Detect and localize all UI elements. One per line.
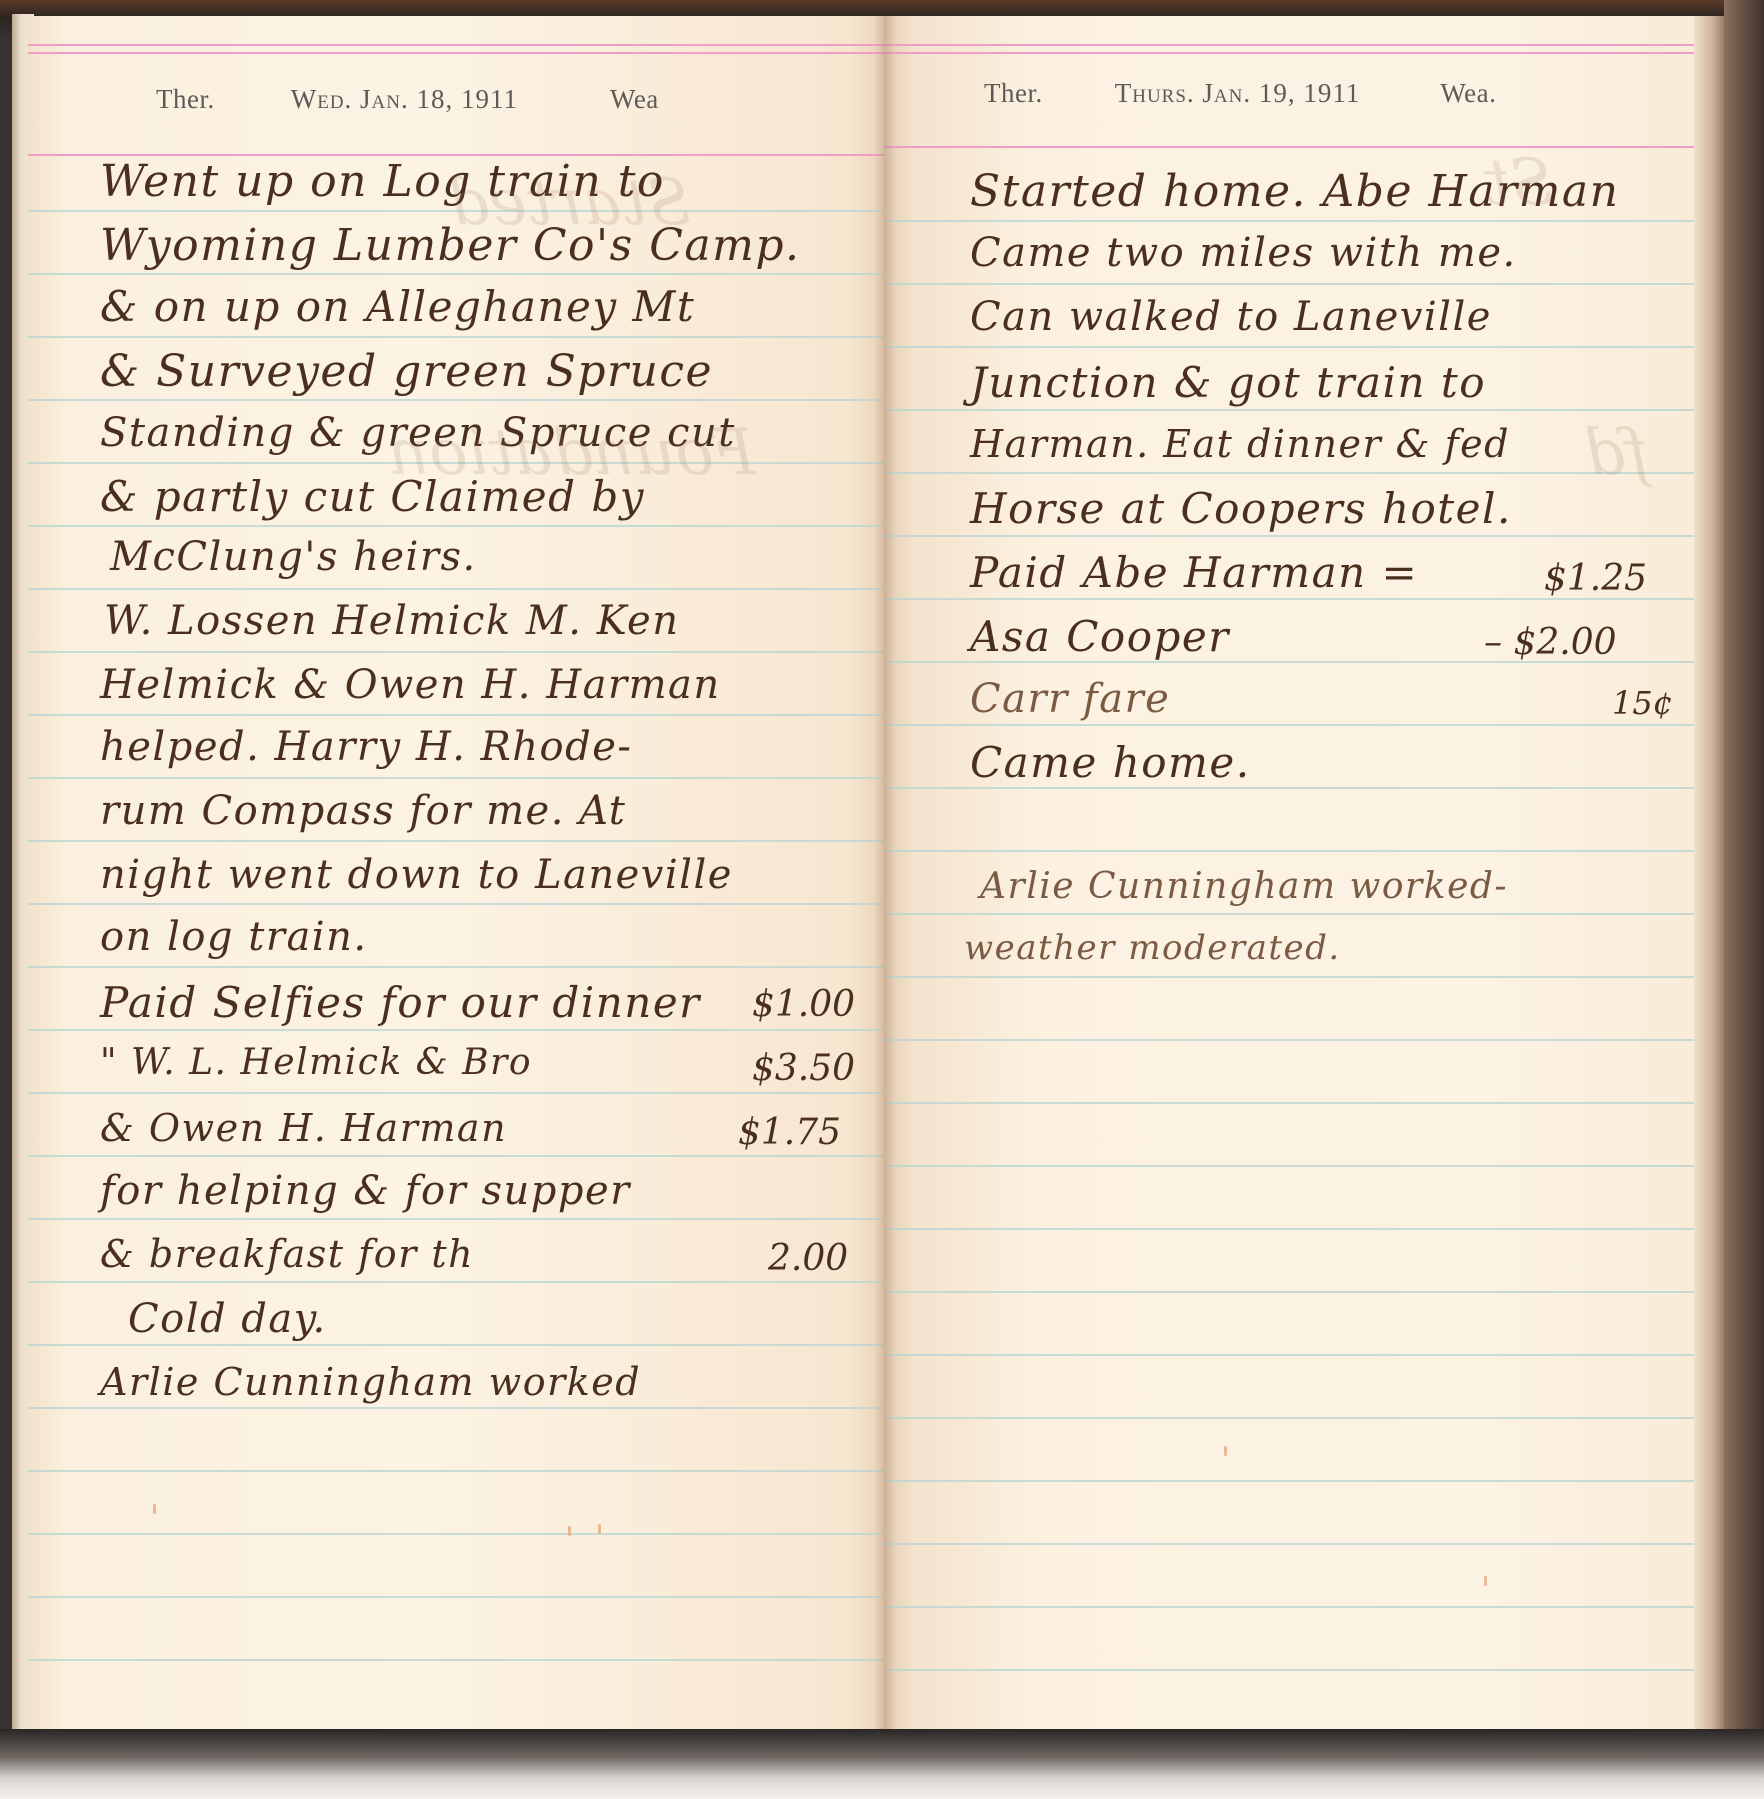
book-cover-right-edge — [1724, 0, 1764, 1799]
ruled-line — [28, 840, 884, 842]
handwritten-line: & on up on Alleghaney Mt — [100, 282, 695, 331]
paper-stain — [598, 1524, 601, 1534]
paper-stain — [568, 1526, 571, 1536]
paper-stain — [1224, 1446, 1227, 1456]
ruled-line — [28, 1155, 884, 1157]
diary-spread: Ther. Wed. Jan. 18, 1911 Wea Went up on … — [28, 16, 1724, 1736]
bleed-through-text: St — [1484, 146, 1554, 220]
weather-label: Wea. — [1440, 78, 1496, 109]
ruled-line — [884, 724, 1724, 726]
header-top-rule-1 — [884, 44, 1696, 46]
thermometer-label: Ther. — [156, 84, 215, 115]
handwritten-line: & breakfast for th — [100, 1232, 474, 1276]
handwritten-line: helped. Harry H. Rhode- — [100, 724, 632, 770]
ruled-line — [884, 850, 1724, 852]
left-page: Ther. Wed. Jan. 18, 1911 Wea Went up on … — [28, 16, 884, 1736]
header-top-rule-2 — [884, 52, 1696, 54]
handwritten-line: Paid Selfies for our dinner — [100, 978, 701, 1027]
handwritten-line: McClung's heirs. — [110, 534, 477, 580]
handwritten-line: Arlie Cunningham worked — [100, 1360, 641, 1404]
header-bottom-rule — [884, 146, 1696, 148]
handwritten-line: & Surveyed green Spruce — [100, 346, 713, 397]
ruled-line — [884, 1669, 1724, 1671]
page-right-edge — [1694, 16, 1724, 1736]
ruled-line — [884, 1606, 1724, 1608]
ruled-line — [884, 1039, 1724, 1041]
book-cover-bottom-edge — [0, 1729, 1764, 1799]
ruled-line — [884, 1102, 1724, 1104]
ruled-line — [884, 1417, 1724, 1419]
handwritten-line: rum Compass for me. At — [100, 788, 626, 834]
handwritten-line: Asa Cooper — [970, 612, 1230, 661]
ruled-line — [28, 525, 884, 527]
handwritten-line: & Owen H. Harman — [100, 1106, 507, 1150]
weather-label: Wea — [610, 84, 659, 115]
expense-amount: 15¢ — [1612, 684, 1673, 722]
bleed-through-text: Started — [448, 166, 691, 240]
handwritten-line: Helmick & Owen H. Harman — [100, 662, 721, 708]
handwritten-line: Harman. Eat dinner & fed — [970, 422, 1510, 466]
ruled-line — [884, 787, 1724, 789]
ruled-line — [28, 1029, 884, 1031]
handwritten-line: Paid Abe Harman = — [970, 548, 1418, 597]
ruled-line — [884, 1480, 1724, 1482]
ruled-line — [884, 220, 1724, 222]
book-gutter — [874, 16, 896, 1736]
ruled-line — [28, 777, 884, 779]
expense-amount: – $2.00 — [1484, 622, 1617, 663]
right-page-header: Ther. Thurs. Jan. 19, 1911 Wea. — [984, 78, 1684, 122]
ruled-line — [884, 1228, 1724, 1230]
handwritten-line: W. Lossen Helmick M. Ken — [104, 598, 679, 644]
ruled-line — [28, 1407, 884, 1409]
expense-amount: $1.25 — [1544, 558, 1647, 599]
ruled-line — [884, 913, 1724, 915]
right-page: Ther. Thurs. Jan. 19, 1911 Wea. Started … — [884, 16, 1724, 1736]
paper-stain — [1484, 1576, 1487, 1586]
ruled-line — [28, 336, 884, 338]
ruled-line — [884, 409, 1724, 411]
handwritten-line: " W. L. Helmick & Bro — [100, 1042, 532, 1083]
ruled-line — [884, 283, 1724, 285]
ruled-line — [28, 903, 884, 905]
bleed-through-text: fd — [1584, 416, 1649, 490]
handwritten-line: for helping & for supper — [100, 1168, 631, 1214]
ruled-line — [28, 1092, 884, 1094]
expense-amount: 2.00 — [768, 1238, 848, 1279]
handwritten-line: night went down to Laneville — [100, 852, 733, 898]
ruled-line — [884, 346, 1724, 348]
expense-amount: $1.75 — [738, 1112, 841, 1153]
ruled-line — [28, 1470, 884, 1472]
page-date: Thurs. Jan. 19, 1911 — [1115, 78, 1361, 109]
handwritten-line: Can walked to Laneville — [970, 294, 1492, 340]
handwritten-line: Junction & got train to — [970, 358, 1486, 407]
bleed-through-text: Foundation — [388, 416, 755, 490]
ruled-line — [28, 1281, 884, 1283]
handwritten-line: weather moderated. — [964, 928, 1341, 968]
ruled-line — [28, 966, 884, 968]
ruled-line — [884, 535, 1724, 537]
expense-amount: $3.50 — [752, 1048, 855, 1089]
handwritten-line: Came two miles with me. — [970, 230, 1517, 276]
ruled-line — [884, 976, 1724, 978]
handwritten-line: on log train. — [100, 914, 368, 960]
handwritten-line: Came home. — [970, 738, 1251, 787]
ruled-line — [28, 273, 884, 275]
ruled-line — [28, 399, 884, 401]
expense-amount: $1.00 — [752, 984, 855, 1025]
ruled-line — [28, 651, 884, 653]
handwritten-line: Cold day. — [128, 1296, 327, 1342]
left-page-header: Ther. Wed. Jan. 18, 1911 Wea — [156, 84, 856, 128]
ruled-line — [28, 714, 884, 716]
handwritten-line: Carr fare — [970, 676, 1170, 722]
ruled-line — [884, 1165, 1724, 1167]
paper-stain — [153, 1504, 156, 1514]
handwritten-line: Arlie Cunningham worked- — [980, 866, 1508, 907]
page-date: Wed. Jan. 18, 1911 — [291, 84, 518, 115]
handwritten-line: Horse at Coopers hotel. — [970, 484, 1512, 533]
ruled-line — [28, 588, 884, 590]
header-top-rule-2 — [28, 52, 884, 54]
ruled-line — [884, 1291, 1724, 1293]
thermometer-label: Ther. — [984, 78, 1043, 109]
header-top-rule-1 — [28, 44, 884, 46]
ruled-line — [28, 1533, 884, 1535]
ruled-line — [28, 1344, 884, 1346]
ruled-line — [28, 1218, 884, 1220]
ruled-line — [884, 1354, 1724, 1356]
ruled-line — [28, 1596, 884, 1598]
ruled-line — [28, 1659, 884, 1661]
ruled-line — [884, 1543, 1724, 1545]
